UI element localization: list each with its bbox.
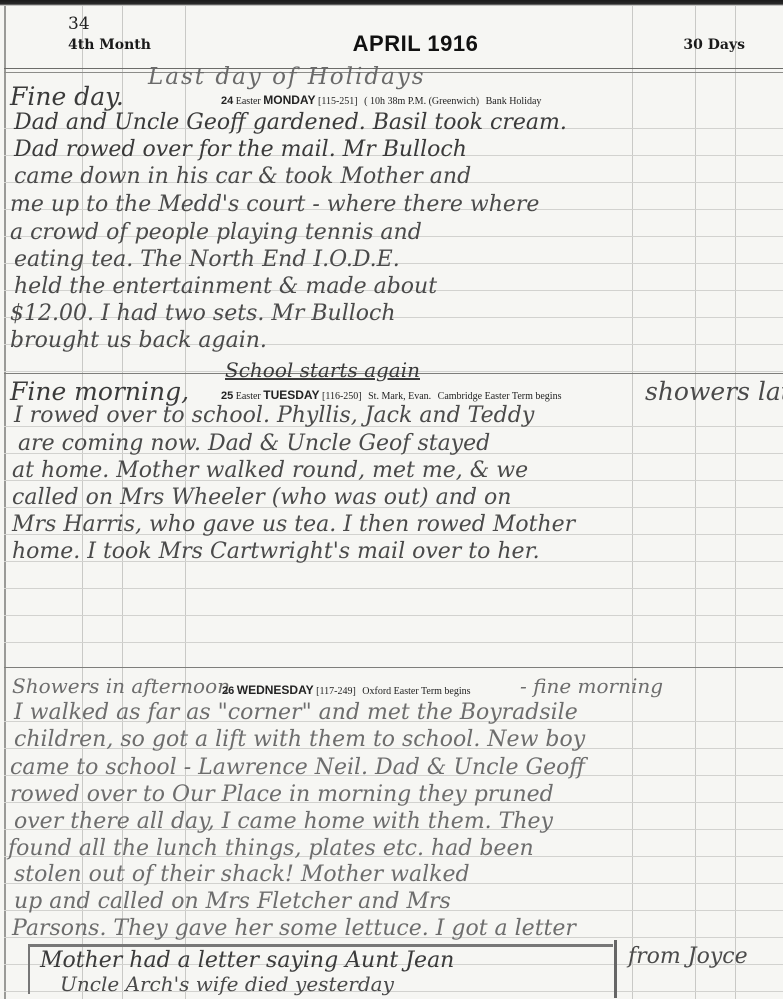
- day-header-wednesday: 26 WEDNESDAY [117-249] Oxford Easter Ter…: [222, 683, 471, 697]
- writing-rule: [4, 615, 783, 616]
- moon-phase-note: ( 10h 38m P.M. (Greenwich): [364, 96, 479, 107]
- day-number: 26: [222, 685, 234, 697]
- writing-rule: [4, 642, 783, 643]
- entry-weather: Fine morning,: [10, 377, 189, 406]
- page-title: APRIL 1916: [24, 31, 783, 57]
- entry-line: found all the lunch things, plates etc. …: [8, 836, 534, 861]
- entry-line: stolen out of their shack! Mother walked: [14, 862, 470, 887]
- day-count: [116-250]: [322, 391, 362, 402]
- day-name: MONDAY: [263, 93, 315, 107]
- entry-weather-right: - fine morning: [520, 674, 663, 698]
- entry-line: a crowd of people playing tennis and: [10, 220, 422, 245]
- entry-line: children, so got a lift with them to sch…: [14, 727, 585, 752]
- entry-line: came to school - Lawrence Neil. Dad & Un…: [10, 755, 585, 780]
- term-note: Cambridge Easter Term begins: [438, 391, 562, 402]
- day-header-monday: 24 Easter MONDAY [115-251] ( 10h 38m P.M…: [221, 93, 541, 107]
- entry-annotation: School starts again: [225, 358, 420, 382]
- day-count: [115-251]: [318, 96, 358, 107]
- entry-line: I walked as far as "corner" and met the …: [14, 700, 578, 725]
- entry-side-note: from Joyce: [628, 944, 748, 969]
- entry-line: at home. Mother walked round, met me, & …: [12, 458, 528, 483]
- entry-line: Mrs Harris, who gave us tea. I then rowe…: [12, 512, 575, 537]
- entry-line: I rowed over to school. Phyllis, Jack an…: [14, 403, 534, 428]
- day-count: [117-249]: [316, 686, 356, 697]
- boxed-note-rule: [28, 946, 36, 994]
- day-name: TUESDAY: [263, 388, 319, 402]
- boxed-note-rule: [28, 944, 613, 947]
- entry-line: Parsons. They gave her some lettuce. I g…: [12, 916, 576, 941]
- entry-line: Mother had a letter saying Aunt Jean: [40, 948, 454, 973]
- day-name: WEDNESDAY: [237, 683, 314, 697]
- entry-line: came down in his car & took Mother and: [14, 164, 471, 189]
- saint-day-note: St. Mark, Evan.: [368, 391, 431, 402]
- entry-line: are coming now. Dad & Uncle Geof stayed: [18, 431, 490, 456]
- days-label: 30 Days: [683, 37, 745, 53]
- boxed-note-rule: [614, 940, 621, 998]
- day-number: 24: [221, 95, 233, 107]
- entry-line: Dad rowed over for the mail. Mr Bulloch: [14, 137, 467, 162]
- entry-line: home. I took Mrs Cartwright's mail over …: [12, 539, 540, 564]
- entry-line: $12.00. I had two sets. Mr Bulloch: [10, 301, 396, 326]
- entry-line: held the entertainment & made about: [14, 274, 437, 299]
- entry-weather: Fine day.: [10, 82, 124, 111]
- entry-line: Uncle Arch's wife died yesterday: [60, 972, 394, 996]
- entry-line: called on Mrs Wheeler (who was out) and …: [12, 485, 511, 510]
- entry-line: me up to the Medd's court - where there …: [10, 192, 539, 217]
- writing-rule: [4, 588, 783, 589]
- entry-line: over there all day, I came home with the…: [14, 809, 553, 834]
- entry-weather: Showers in afternoon: [12, 674, 230, 698]
- diary-page: 34 4th Month APRIL 1916 30 Days Last day…: [0, 0, 783, 999]
- entry-line: up and called on Mrs Fletcher and Mrs: [14, 889, 451, 914]
- entry-weather-right: showers late: [645, 377, 783, 406]
- entry-line: brought us back again.: [10, 328, 267, 353]
- entry-annotation: Last day of Holidays: [148, 64, 426, 90]
- day-divider: [4, 667, 783, 668]
- day-prefix: Easter: [236, 391, 261, 402]
- day-number: 25: [221, 390, 233, 402]
- holiday-note: Bank Holiday: [486, 96, 542, 107]
- entry-line: rowed over to Our Place in morning they …: [10, 782, 554, 807]
- entry-line: eating tea. The North End I.O.D.E.: [14, 247, 400, 272]
- day-prefix: Easter: [236, 96, 261, 107]
- day-header-tuesday: 25 Easter TUESDAY [116-250] St. Mark, Ev…: [221, 388, 561, 402]
- term-note: Oxford Easter Term begins: [362, 686, 470, 697]
- entry-line: Dad and Uncle Geoff gardened. Basil took…: [14, 110, 567, 135]
